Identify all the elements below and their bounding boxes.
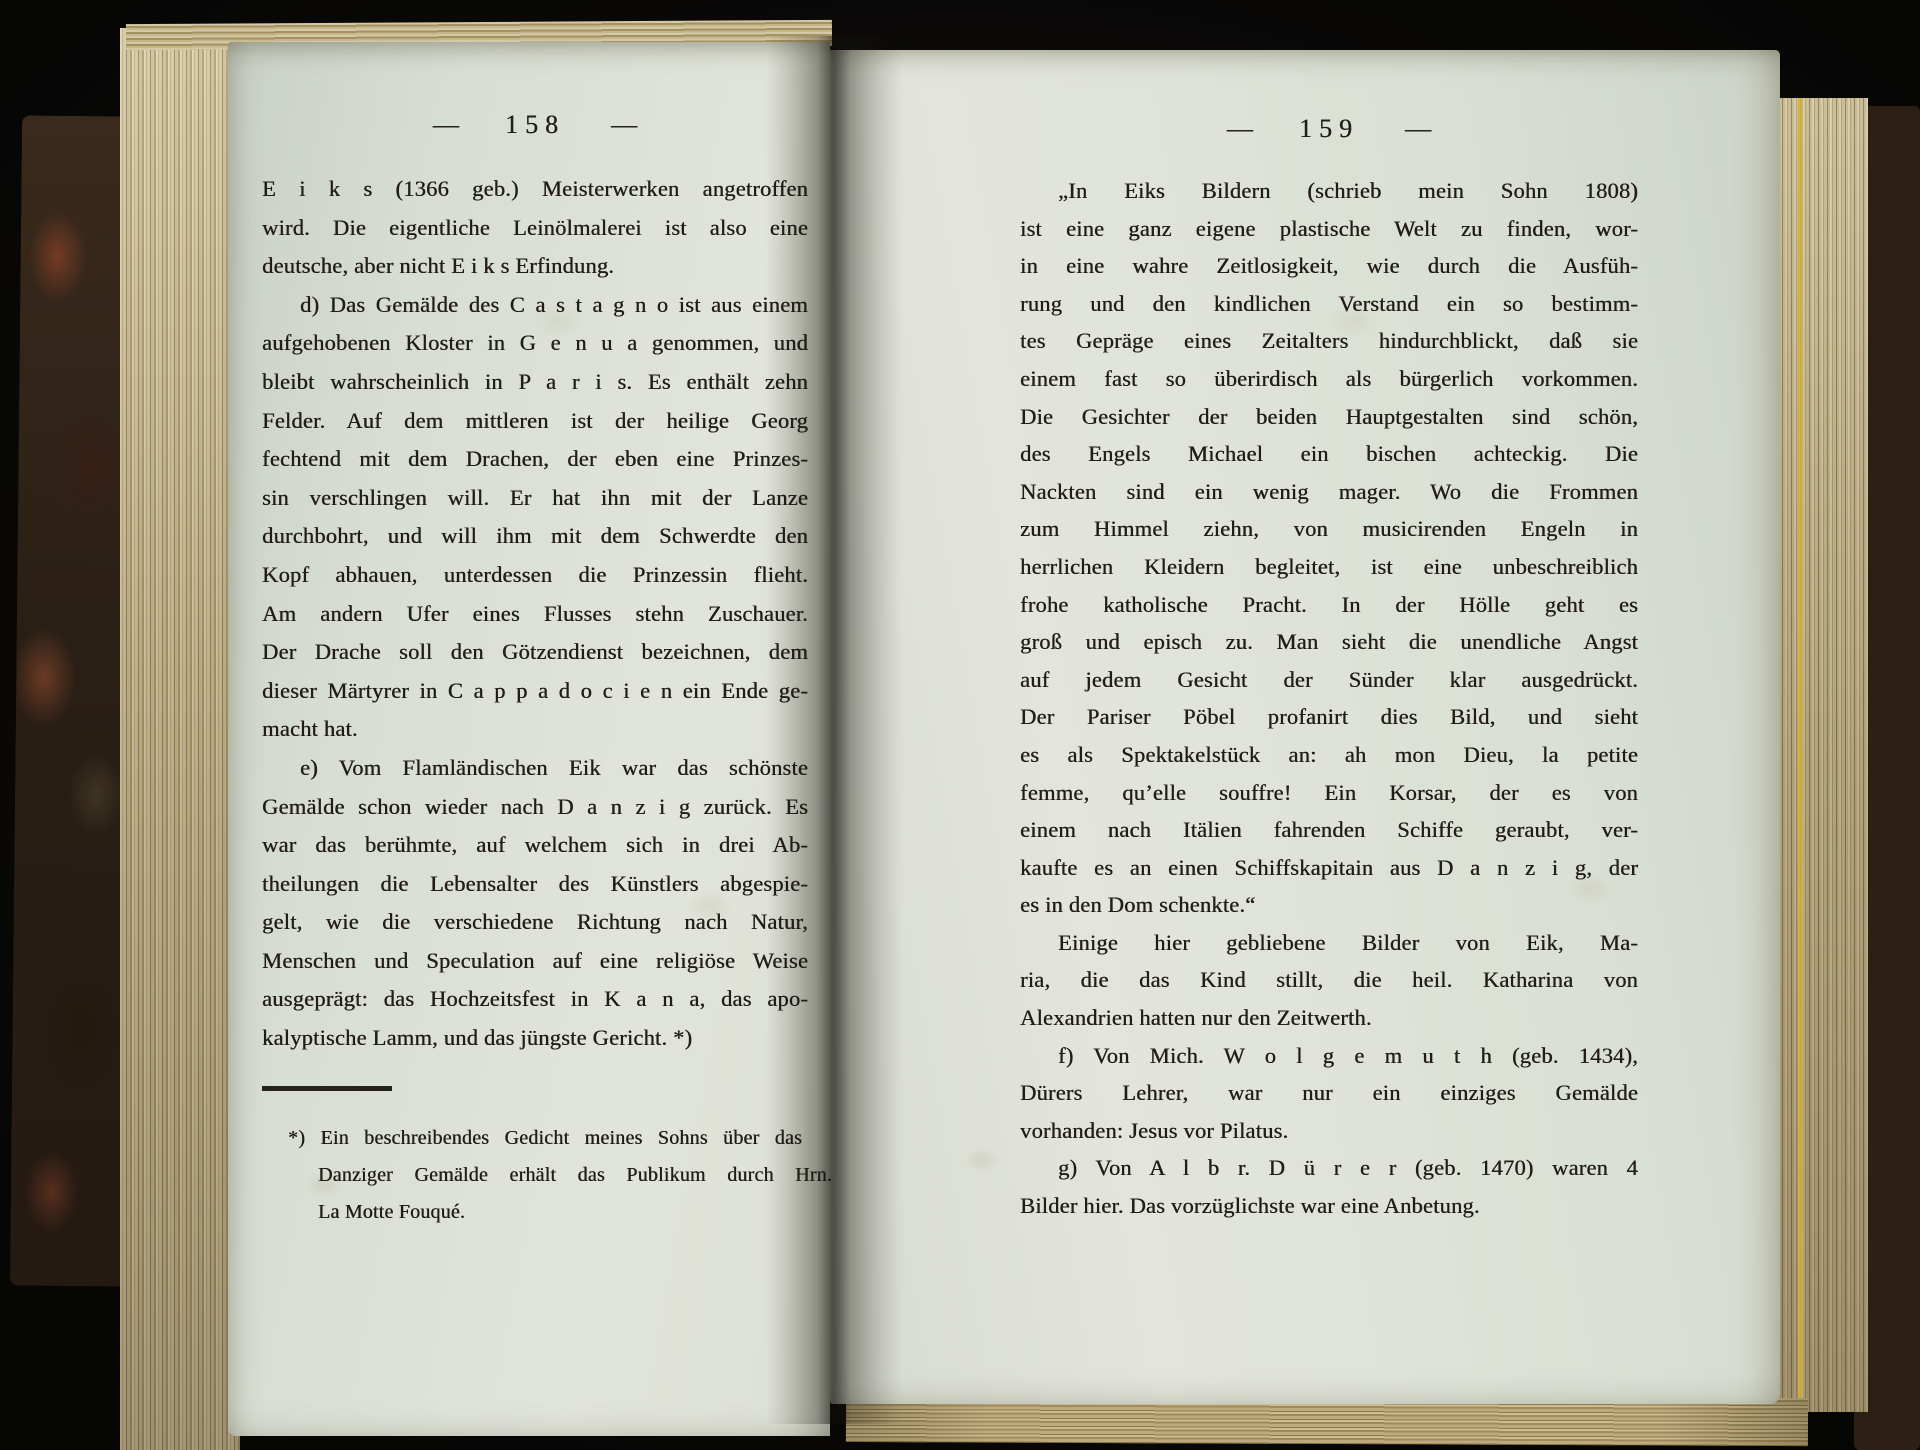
text-line: Danziger Gemälde erhält das Publikum dur… <box>288 1157 832 1194</box>
text-line: sin verschlingen will. Er hat ihn mit de… <box>262 479 808 518</box>
text-line: einem fast so überirdisch als bürgerlich… <box>1020 360 1638 398</box>
text-line: wird. Die eigentliche Leinölmalerei ist … <box>262 209 808 248</box>
text-line: Bilder hier. Das vorzüglichste war eine … <box>1020 1187 1638 1225</box>
text-line: Einige hier gebliebene Bilder von Eik, M… <box>1020 924 1638 962</box>
text-line: zum Himmel ziehn, von musicirenden Engel… <box>1020 510 1638 548</box>
text-line: war das berühmte, auf welchem sich in dr… <box>262 826 808 865</box>
text-line: einem nach Itälien fahrenden Schiffe ger… <box>1020 811 1638 849</box>
text-line: Der Drache soll den Götzendienst bezeich… <box>262 633 808 672</box>
text-line: auf jedem Gesicht der Sünder klar ausged… <box>1020 661 1638 699</box>
text-line: femme, qu’elle souffre! Ein Korsar, der … <box>1020 774 1638 812</box>
text-line: Dürers Lehrer, war nur ein einziges Gemä… <box>1020 1074 1638 1112</box>
text-line: bleibt wahrscheinlich in P a r i s. Es e… <box>262 363 808 402</box>
text-line: g) Von A l b r. D ü r e r (geb. 1470) wa… <box>1020 1149 1638 1187</box>
text-line: es in den Dom schenkte.“ <box>1020 886 1638 924</box>
text-line: La Motte Fouqué. <box>288 1194 832 1231</box>
text-line: deutsche, aber nicht E i k s Erfindung. <box>262 247 808 286</box>
header-dash-icon: — <box>611 110 637 140</box>
text-line: groß und episch zu. Man sieht die unendl… <box>1020 623 1638 661</box>
text-line: Die Gesichter der beiden Hauptgestalten … <box>1020 398 1638 436</box>
text-line: gelt, wie die verschiedene Richtung nach… <box>262 903 808 942</box>
text-line: „In Eiks Bildern (schrieb mein Sohn 1808… <box>1020 172 1638 210</box>
header-dash-icon: — <box>433 110 459 140</box>
text-line: ria, die das Kind stillt, die heil. Kath… <box>1020 961 1638 999</box>
text-line: Alexandrien hatten nur den Zeitwerth. <box>1020 999 1638 1037</box>
text-line: e) Vom Flamländischen Eik war das schöns… <box>262 749 808 788</box>
text-line: fechtend mit dem Drachen, der eben eine … <box>262 440 808 479</box>
header-dash-icon: — <box>1227 114 1253 144</box>
page-header-right: — 159 — <box>1020 114 1638 144</box>
text-line: Am andern Ufer eines Flusses stehn Zusch… <box>262 595 808 634</box>
text-line: frohe katholische Pracht. In der Hölle g… <box>1020 586 1638 624</box>
page-header-left: — 158 — <box>262 110 808 140</box>
left-page-text: E i k s (1366 geb.) Meisterwerken angetr… <box>262 170 808 1058</box>
book-cover-left-marbled <box>10 115 138 1286</box>
text-line: durchbohrt, und will ihm mit dem Schwerd… <box>262 517 808 556</box>
text-line: theilungen die Lebensalter des Künstlers… <box>262 865 808 904</box>
photo-of-open-book: — 158 — E i k s (1366 geb.) Meisterwerke… <box>0 0 1920 1450</box>
right-page-text: „In Eiks Bildern (schrieb mein Sohn 1808… <box>1020 172 1638 1225</box>
text-line: E i k s (1366 geb.) Meisterwerken angetr… <box>262 170 808 209</box>
text-line: ausgeprägt: das Hochzeitsfest in K a n a… <box>262 980 808 1019</box>
page-number-right: 159 <box>1299 114 1359 144</box>
text-line: *) Ein beschreibendes Gedicht meines Soh… <box>288 1120 802 1157</box>
text-line: Menschen und Speculation auf eine religi… <box>262 942 808 981</box>
text-line: vorhanden: Jesus vor Pilatus. <box>1020 1112 1638 1150</box>
text-line: Felder. Auf dem mittleren ist der heilig… <box>262 402 808 441</box>
text-line: in eine wahre Zeitlosigkeit, wie durch d… <box>1020 247 1638 285</box>
text-line: Der Pariser Pöbel profanirt dies Bild, u… <box>1020 698 1638 736</box>
text-line: Nackten sind ein wenig mager. Wo die Fro… <box>1020 473 1638 511</box>
text-line: kaufte es an einen Schiffskapitain aus D… <box>1020 849 1638 887</box>
text-line: rung und den kindlichen Verstand ein so … <box>1020 285 1638 323</box>
header-dash-icon: — <box>1405 114 1431 144</box>
page-number-left: 158 <box>505 110 565 140</box>
text-line: kalyptische Lamm, und das jüngste Gerich… <box>262 1019 808 1058</box>
text-line: d) Das Gemälde des C a s t a g n o ist a… <box>262 286 808 325</box>
text-line: es als Spektakelstück an: ah mon Dieu, l… <box>1020 736 1638 774</box>
footnote-rule <box>262 1086 392 1091</box>
text-line: ist eine ganz eigene plastische Welt zu … <box>1020 210 1638 248</box>
text-line: dieser Märtyrer in C a p p a d o c i e n… <box>262 672 808 711</box>
left-page-footnote: *) Ein beschreibendes Gedicht meines Soh… <box>288 1120 802 1231</box>
text-line: f) Von Mich. W o l g e m u t h (geb. 143… <box>1020 1037 1638 1075</box>
page-fore-edge-stack-left <box>120 28 240 1450</box>
text-line: Gemälde schon wieder nach D a n z i g zu… <box>262 788 808 827</box>
text-line: des Engels Michael ein bischen achteckig… <box>1020 435 1638 473</box>
text-line: macht hat. <box>262 710 808 749</box>
text-line: aufgehobenen Kloster in G e n u a genomm… <box>262 324 808 363</box>
text-line: tes Gepräge eines Zeitalters hindurchbli… <box>1020 322 1638 360</box>
page-fore-edge-stack-right <box>1776 98 1868 1412</box>
text-line: herrlichen Kleidern begleitet, ist eine … <box>1020 548 1638 586</box>
text-line: Kopf abhauen, unterdessen die Prinzessin… <box>262 556 808 595</box>
